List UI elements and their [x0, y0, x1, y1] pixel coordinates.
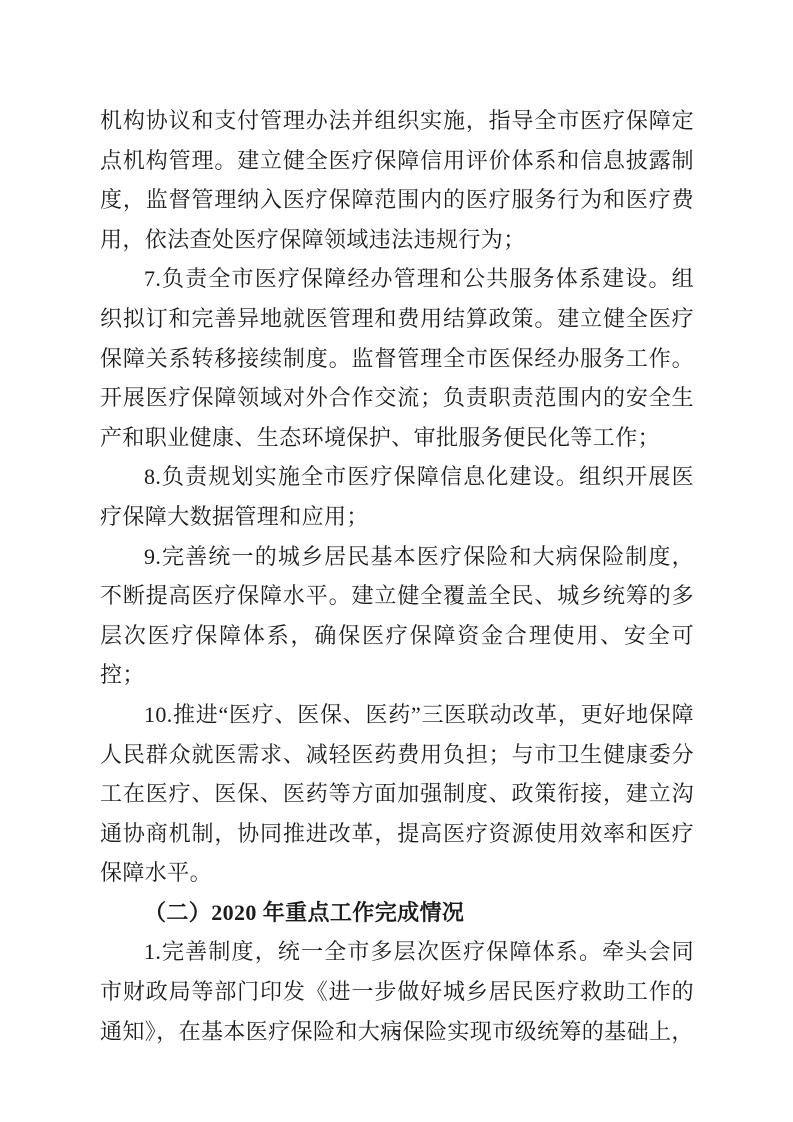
section-heading: （二）2020 年重点工作完成情况	[100, 893, 694, 933]
paragraph-duty-item-10: 10.推进“医疗、医保、医药”三医联动改革，更好地保障人民群众就医需求、减轻医药…	[100, 695, 694, 893]
paragraph-intro-continuation: 机构协议和支付管理办法并组织实施，指导全市医疗保障定点机构管理。建立健全医疗保障…	[100, 101, 694, 259]
page-number: 5	[0, 1026, 793, 1046]
document-page: 机构协议和支付管理办法并组织实施，指导全市医疗保障定点机构管理。建立健全医疗保障…	[0, 0, 793, 1122]
paragraph-duty-item-8: 8.负责规划实施全市医疗保障信息化建设。组织开展医疗保障大数据管理和应用；	[100, 457, 694, 536]
document-body: 机构协议和支付管理办法并组织实施，指导全市医疗保障定点机构管理。建立健全医疗保障…	[100, 101, 694, 1051]
paragraph-duty-item-7: 7.负责全市医疗保障经办管理和公共服务体系建设。组织拟订和完善异地就医管理和费用…	[100, 259, 694, 457]
paragraph-duty-item-9: 9.完善统一的城乡居民基本医疗保险和大病保险制度，不断提高医疗保障水平。建立健全…	[100, 537, 694, 695]
